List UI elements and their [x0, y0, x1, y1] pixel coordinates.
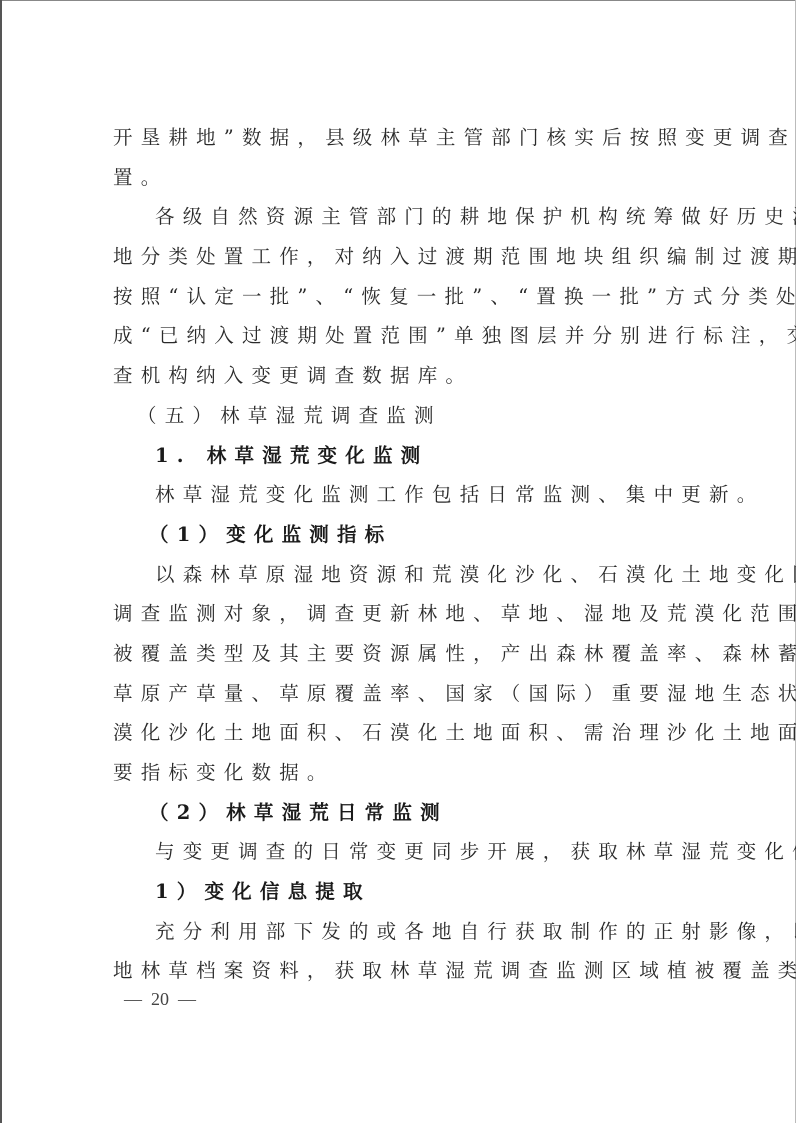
- paragraph-line: 调查监测对象，调查更新林地、草地、湿地及荒漠化范围内的植: [113, 594, 701, 634]
- sub-subsection-heading: （2）林草湿荒日常监测: [113, 793, 701, 833]
- page-number: — 20 —: [124, 987, 196, 1011]
- page-edge-left: [0, 0, 2, 1123]
- paragraph-line: 按照“认定一批”、“恢复一批”、“置换一批”方式分类处置，形: [113, 277, 701, 317]
- sub-subsection-heading: （1）变化监测指标: [113, 515, 701, 555]
- page-edge-top: [0, 0, 796, 1]
- paragraph-line: 漠化沙化土地面积、石漠化土地面积、需治理沙化土地面积等主: [113, 713, 701, 753]
- document-body: 开垦耕地”数据，县级林草主管部门核实后按照变更调查要求处 置。 各级自然资源主管…: [113, 118, 701, 991]
- paragraph-line: 地分类处置工作，对纳入过渡期范围地块组织编制过渡期方案，: [113, 237, 701, 277]
- item-heading: 1）变化信息提取: [113, 872, 701, 912]
- paragraph-line: 查机构纳入变更调查数据库。: [113, 356, 701, 396]
- paragraph-line: 充分利用部下发的或各地自行获取制作的正射影像，以及本: [113, 912, 701, 952]
- section-heading: （五）林草湿荒调查监测: [113, 396, 701, 436]
- paragraph-line: 开垦耕地”数据，县级林草主管部门核实后按照变更调查要求处: [113, 118, 701, 158]
- paragraph-line: 成“已纳入过渡期处置范围”单独图层并分别进行标注，交由调: [113, 316, 701, 356]
- paragraph-line: 与变更调查的日常变更同步开展，获取林草湿荒变化信息。: [113, 832, 701, 872]
- paragraph-line: 地林草档案资料，获取林草湿荒调查监测区域植被覆盖类型等变: [113, 951, 701, 991]
- paragraph-line: 草原产草量、草原覆盖率、国家（国际）重要湿地生态状况、荒: [113, 674, 701, 714]
- paragraph-line: 以森林草原湿地资源和荒漠化沙化、石漠化土地变化图斑为: [113, 555, 701, 595]
- paragraph-line: 要指标变化数据。: [113, 753, 701, 793]
- paragraph-line: 林草湿荒变化监测工作包括日常监测、集中更新。: [113, 475, 701, 515]
- paragraph-line: 被覆盖类型及其主要资源属性，产出森林覆盖率、森林蓄积量、: [113, 634, 701, 674]
- subsection-heading: 1. 林草湿荒变化监测: [113, 436, 701, 476]
- paragraph-line: 置。: [113, 158, 701, 198]
- paragraph-line: 各级自然资源主管部门的耕地保护机构统筹做好历史流失耕: [113, 197, 701, 237]
